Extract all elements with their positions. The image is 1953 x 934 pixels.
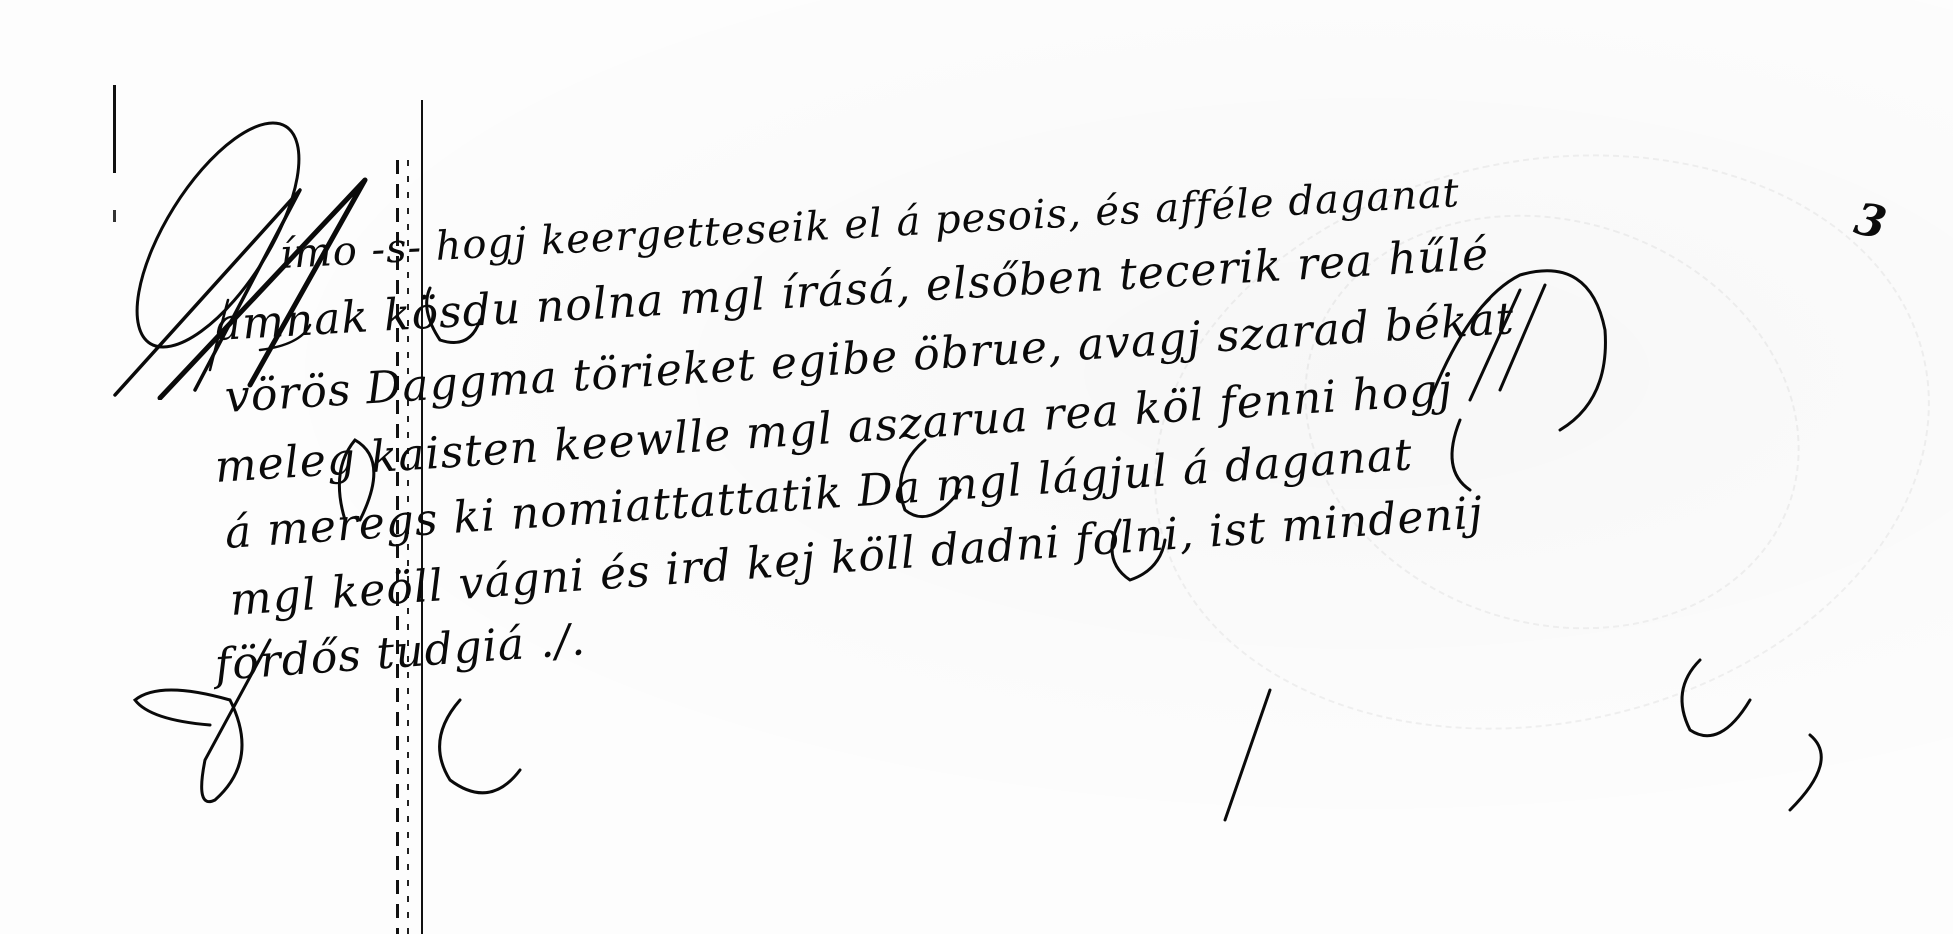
manuscript-page: 3 ímo -s- hogj keergetteseik el á pesois… (0, 0, 1953, 934)
page-number: 3 (1850, 193, 1891, 249)
manuscript-line-7: fördős tudgiá ./. (213, 614, 587, 691)
